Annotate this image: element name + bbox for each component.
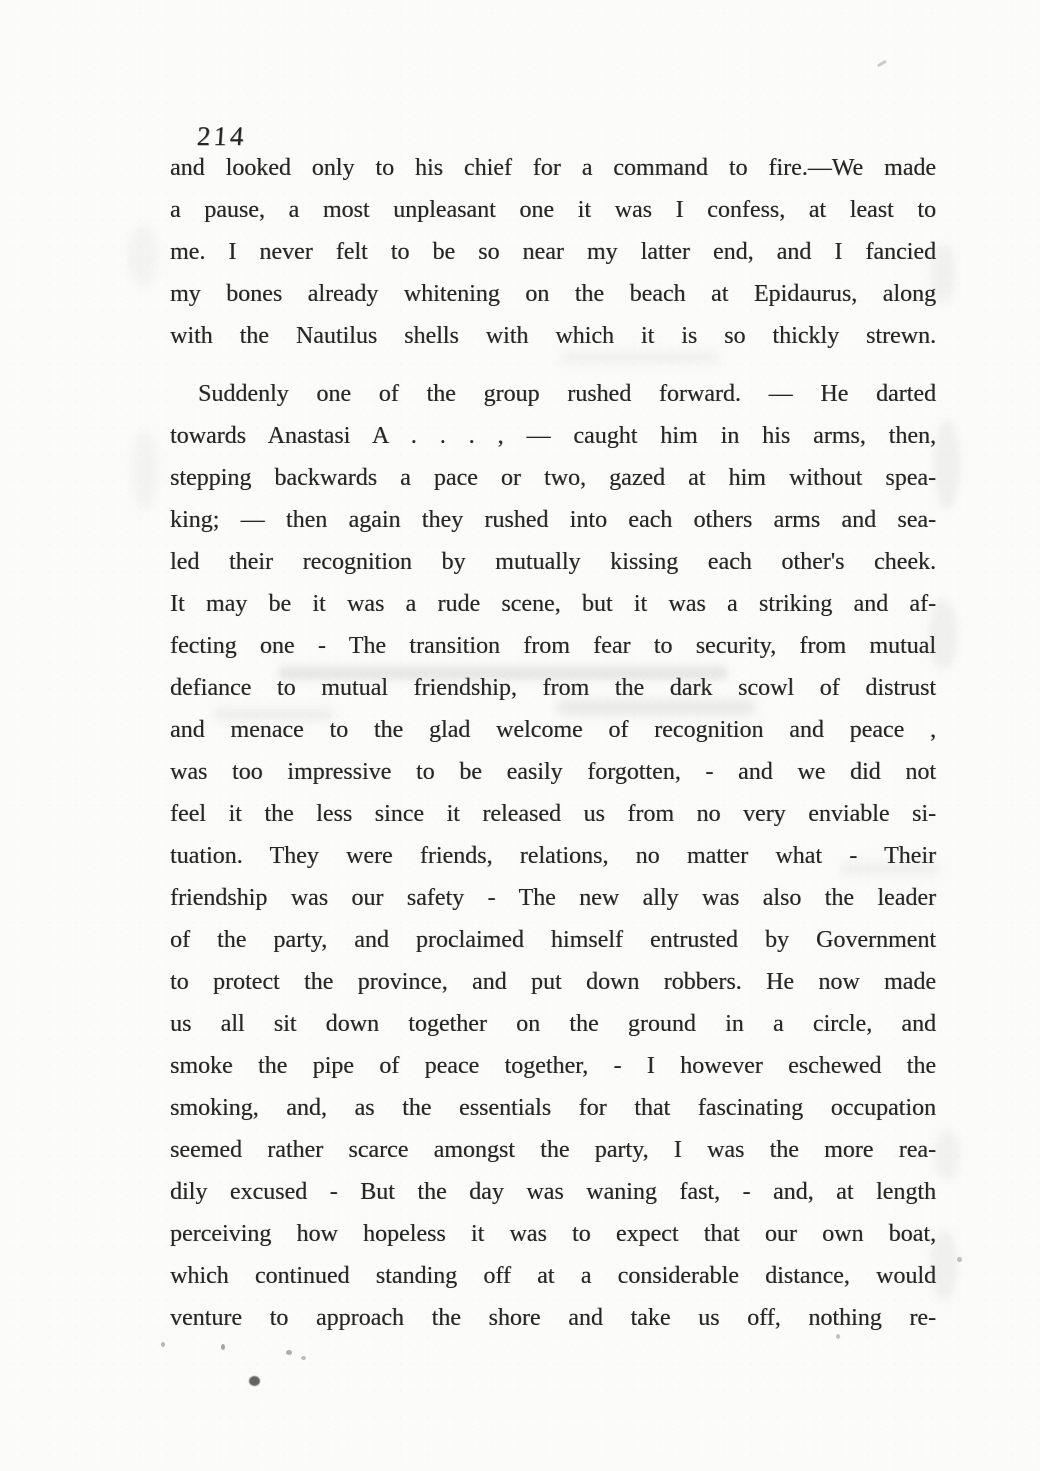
ink-speck <box>877 60 887 68</box>
ink-speck <box>221 1344 225 1350</box>
scan-bleedthrough <box>128 226 158 286</box>
text-line: Suddenly one of the group rushed forward… <box>170 373 936 415</box>
text-line: a pause, a most unpleasant one it was I … <box>170 189 936 231</box>
text-line: smoke the pipe of peace together, - I ho… <box>170 1045 936 1087</box>
text-line: feel it the less since it released us fr… <box>170 793 936 835</box>
text-line: me. I never felt to be so near my latter… <box>170 231 936 273</box>
text-line: which continued standing off at a consid… <box>170 1255 936 1297</box>
ink-spot <box>249 1376 260 1386</box>
text-line: seemed rather scarce amongst the party, … <box>170 1129 936 1171</box>
ink-speck <box>957 1257 962 1262</box>
scanned-book-page: 214 and looked only to his chief for a c… <box>0 0 1040 1471</box>
text-line: smoking, and, as the essentials for that… <box>170 1087 936 1129</box>
text-line: friendship was our safety - The new ally… <box>170 877 936 919</box>
text-line: and looked only to his chief for a comma… <box>170 147 936 189</box>
scan-bleedthrough <box>934 420 960 510</box>
paragraph-2: Suddenly one of the group rushed forward… <box>170 373 936 1339</box>
paragraph-1: and looked only to his chief for a comma… <box>170 147 936 357</box>
text-line: and menace to the glad welcome of recogn… <box>170 709 936 751</box>
text-line: my bones already whitening on the beach … <box>170 273 936 315</box>
ink-speck <box>301 1356 306 1360</box>
scan-bleedthrough <box>934 1130 960 1180</box>
text-line: dily excused - But the day was waning fa… <box>170 1171 936 1213</box>
page-text-block: and looked only to his chief for a comma… <box>170 147 936 1339</box>
text-line: to protect the province, and put down ro… <box>170 961 936 1003</box>
text-line: of the party, and proclaimed himself ent… <box>170 919 936 961</box>
text-line: tuation. They were friends, relations, n… <box>170 835 936 877</box>
ink-speck <box>286 1350 292 1355</box>
text-line: king; — then again they rushed into each… <box>170 499 936 541</box>
text-line: towards Anastasi A . . . , — caught him … <box>170 415 936 457</box>
scan-bleedthrough <box>132 430 158 510</box>
text-line: perceiving how hopeless it was to expect… <box>170 1213 936 1255</box>
text-line: with the Nautilus shells with which it i… <box>170 315 936 357</box>
text-line: was too impressive to be easily forgotte… <box>170 751 936 793</box>
text-line: defiance to mutual friendship, from the … <box>170 667 936 709</box>
text-line: us all sit down together on the ground i… <box>170 1003 936 1045</box>
text-line: stepping backwards a pace or two, gazed … <box>170 457 936 499</box>
text-line: It may be it was a rude scene, but it wa… <box>170 583 936 625</box>
text-line: venture to approach the shore and take u… <box>170 1297 936 1339</box>
ink-speck <box>161 1342 165 1347</box>
text-line: led their recognition by mutually kissin… <box>170 541 936 583</box>
text-line: fecting one - The transition from fear t… <box>170 625 936 667</box>
